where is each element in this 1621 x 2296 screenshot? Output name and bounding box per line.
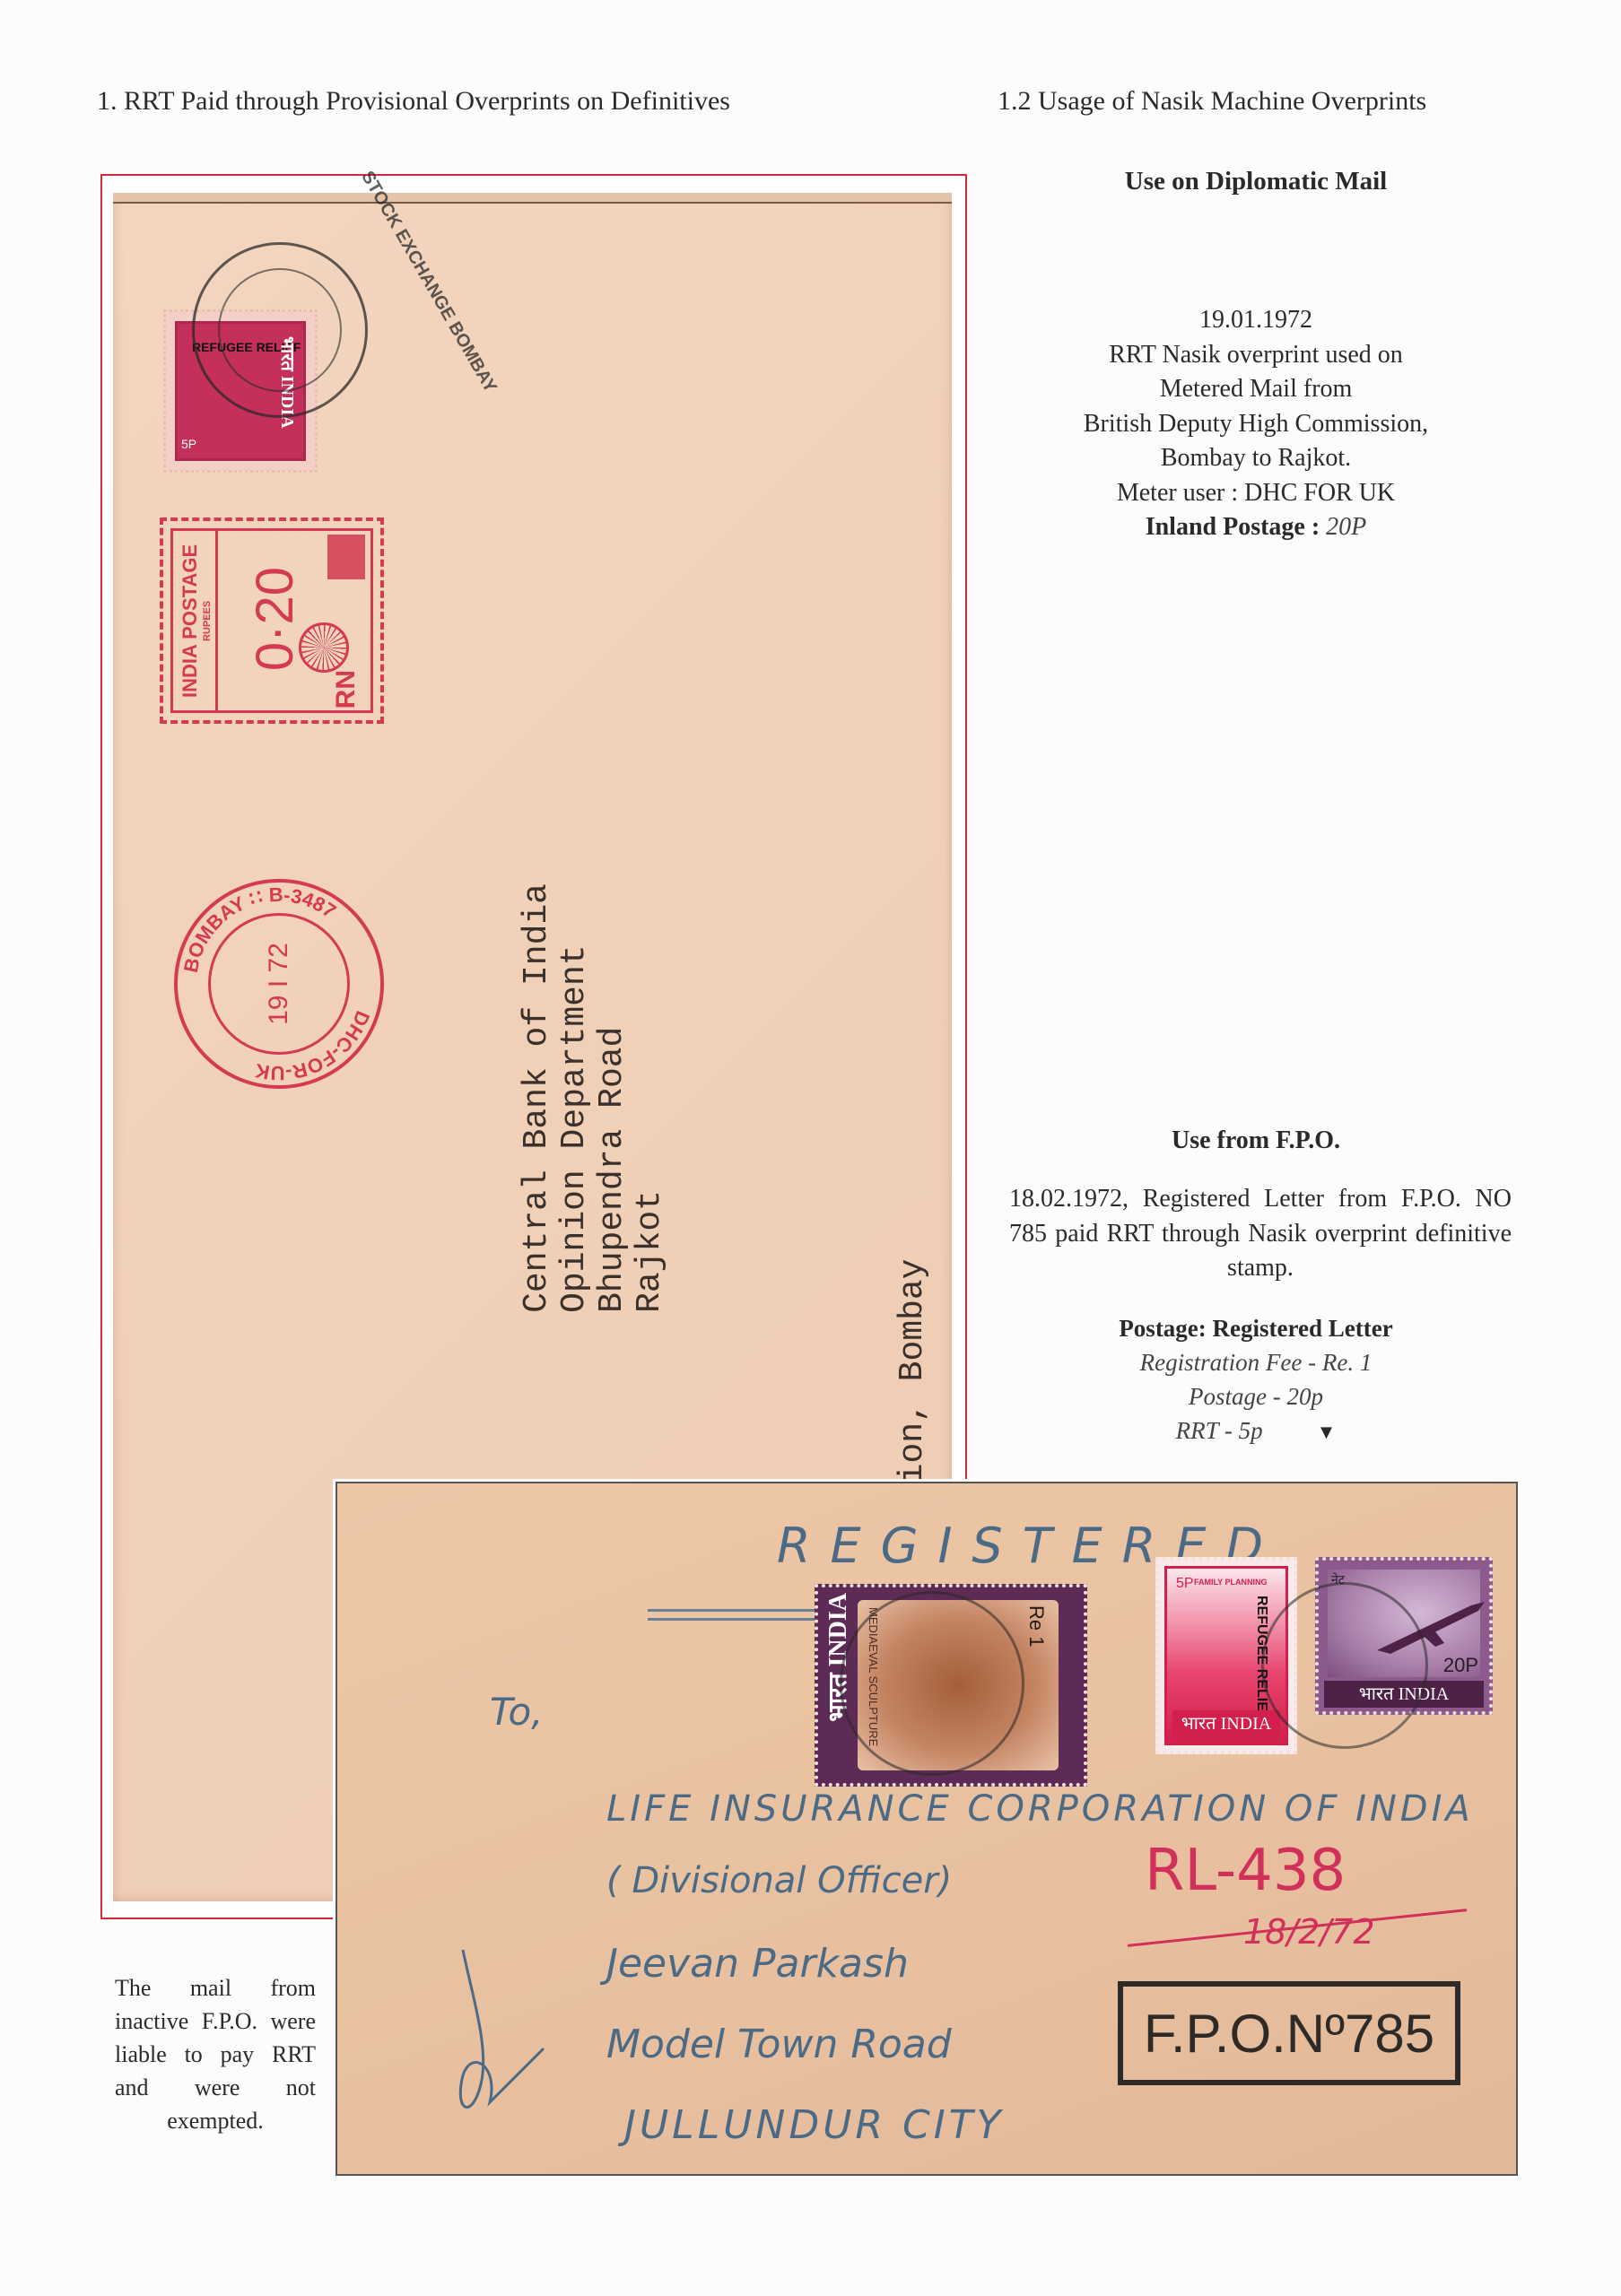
fpo-postage-block: Postage: Registered Letter Registration … xyxy=(987,1311,1525,1449)
address-line: JULLUNDUR CITY xyxy=(624,2102,1004,2148)
fpo-postmark xyxy=(1261,1582,1428,1749)
dip-line: 19.01.1972 xyxy=(987,303,1525,338)
stamp-value: 5P xyxy=(1176,1576,1194,1592)
postage-line: Registration Fee - Re. 1 xyxy=(987,1345,1525,1379)
signature-scribble xyxy=(436,1941,571,2129)
registration-number: RL-438 xyxy=(1145,1838,1346,1904)
meter-title-text: INDIA POSTAGE xyxy=(179,544,201,697)
meter-date-stamp: 19 I 72 BOMBAY ∷ B-3487 DHC-FOR-UK xyxy=(174,879,384,1089)
address-line: LIFE INSURANCE CORPORATION OF INDIA xyxy=(606,1788,1474,1830)
dip-line: Meter user : DHC FOR UK xyxy=(987,476,1525,511)
stamp-value: 20P xyxy=(1443,1654,1478,1677)
address-line: Opinion Department xyxy=(556,883,594,1313)
stock-exchange-postmark: STOCK EXCHANGE BOMBAY xyxy=(192,242,368,418)
pointer-down-icon: ▼ xyxy=(1317,1421,1337,1443)
svg-text:BOMBAY ∷ B-3487: BOMBAY ∷ B-3487 xyxy=(179,883,340,975)
fpo-cachet: F.P.O.Nº785 xyxy=(1118,1981,1460,2085)
inland-postage: Inland Postage : 20P xyxy=(987,510,1525,545)
svg-text:DHC-FOR-UK: DHC-FOR-UK xyxy=(253,1008,374,1085)
date-stamp-ring-text: BOMBAY ∷ B-3487 DHC-FOR-UK xyxy=(178,883,380,1085)
meter-block xyxy=(327,535,365,579)
section-heading-left: 1. RRT Paid through Provisional Overprin… xyxy=(97,86,730,117)
address-line: Bhupendra Road xyxy=(594,883,632,1313)
fpo-description: 18.02.1972, Registered Letter from F.P.O… xyxy=(1009,1182,1512,1286)
postage-line: Postage - 20p xyxy=(987,1379,1525,1413)
registered-cover: REGISTERED भारत INDIA MEDIAEVAL SCULPTUR… xyxy=(336,1482,1518,2176)
address-line: Central Bank of India xyxy=(519,883,556,1313)
stamp-value: Re 1 xyxy=(1024,1605,1048,1647)
meter-title: INDIA POSTAGERUPEES xyxy=(179,531,218,710)
typed-address: Central Bank of IndiaOpinion DepartmentB… xyxy=(519,883,669,1313)
fpo-note: The mail from inactive F.P.O. were liabl… xyxy=(115,1971,316,2137)
ashoka-chakra-icon xyxy=(299,622,349,673)
stamp-country: भारत INDIA xyxy=(1172,1710,1280,1737)
dip-line: Bombay to Rajkot. xyxy=(987,441,1525,476)
dip-line: Metered Mail from xyxy=(987,372,1525,407)
postage-line: RRT - 5p xyxy=(1176,1417,1263,1444)
registration-date: 18/2/72 xyxy=(1243,1912,1375,1952)
inland-postage-value: 20P xyxy=(1326,513,1366,541)
meter-amount: 0·20 xyxy=(245,567,305,671)
section-heading-right: 1.2 Usage of Nasik Machine Overprints xyxy=(998,86,1426,117)
meter-code: RN xyxy=(331,670,362,709)
meter-currency: RUPEES xyxy=(202,531,213,710)
envelope-edge xyxy=(113,193,952,204)
diplomatic-mail-title: Use on Diplomatic Mail xyxy=(987,167,1525,196)
address-line: Rajkot xyxy=(632,883,669,1313)
postmark-inner-ring xyxy=(218,268,342,392)
address-line: ( Divisional Officer) xyxy=(606,1860,952,1901)
dip-line: RRT Nasik overprint used on xyxy=(987,338,1525,373)
meter-frame: INDIA POSTAGERUPEES 0·20 RN xyxy=(170,528,373,713)
diplomatic-mail-description: 19.01.1972 RRT Nasik overprint used on M… xyxy=(987,303,1525,545)
inland-postage-label: Inland Postage : xyxy=(1146,513,1320,541)
dip-line: British Deputy High Commission, xyxy=(987,407,1525,442)
postage-line-rrt: RRT - 5p▼ xyxy=(987,1413,1525,1449)
to-handwriting: To, xyxy=(490,1690,544,1734)
address-line: Jeevan Parkash xyxy=(606,1941,909,1987)
fpo-postmark xyxy=(840,1591,1024,1776)
address-line: Model Town Road xyxy=(606,2022,952,2067)
stamp-value: 5P xyxy=(181,437,196,451)
fpo-title: Use from F.P.O. xyxy=(987,1126,1525,1155)
fpo-postage-title: Postage: Registered Letter xyxy=(987,1311,1525,1345)
stamp-caption: FAMILY PLANNING xyxy=(1194,1578,1268,1587)
meter-franking: INDIA POSTAGERUPEES 0·20 RN xyxy=(160,517,384,724)
